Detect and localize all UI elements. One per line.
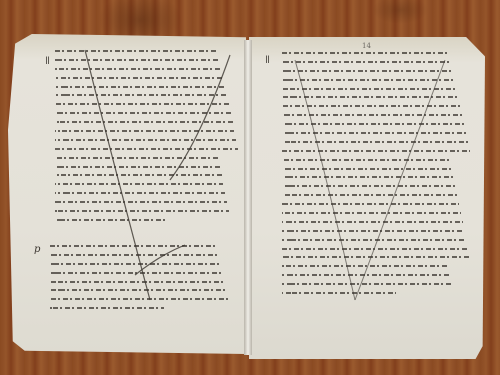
cross-out-strokes <box>0 0 500 375</box>
